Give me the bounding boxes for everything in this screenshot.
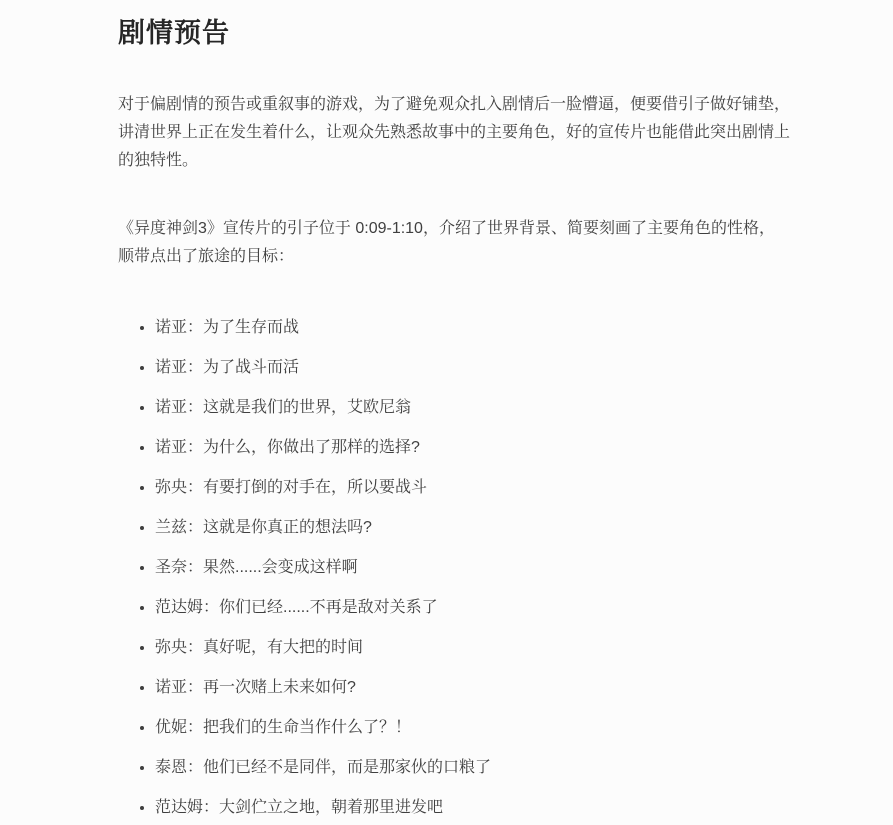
list-item: 圣奈：果然......会变成这样啊	[155, 553, 790, 582]
list-item: 优妮：把我们的生命当作什么了？！	[155, 713, 790, 742]
list-item: 弥央：有要打倒的对手在，所以要战斗	[155, 473, 790, 502]
page-title: 剧情预告	[118, 17, 790, 49]
list-item: 诺亚：这就是我们的世界，艾欧尼翁	[155, 393, 790, 422]
list-item: 范达姆：大剑伫立之地，朝着那里进发吧	[155, 793, 790, 822]
quote-list: 诺亚：为了生存而战 诺亚：为了战斗而活 诺亚：这就是我们的世界，艾欧尼翁 诺亚：…	[118, 313, 790, 822]
trailer-summary-paragraph: 《异度神剑3》宣传片的引子位于 0:09-1:10，介绍了世界背景、简要刻画了主…	[118, 215, 790, 271]
list-item: 弥央：真好呢，有大把的时间	[155, 633, 790, 662]
intro-paragraph: 对于偏剧情的预告或重叙事的游戏，为了避免观众扎入剧情后一脸懵逼，便要借引子做好铺…	[118, 91, 790, 175]
list-item: 诺亚：为了战斗而活	[155, 353, 790, 382]
list-item: 范达姆：你们已经......不再是敌对关系了	[155, 593, 790, 622]
list-item: 兰兹：这就是你真正的想法吗?	[155, 513, 790, 542]
list-item: 诺亚：再一次赌上未来如何?	[155, 673, 790, 702]
list-item: 泰恩：他们已经不是同伴，而是那家伙的口粮了	[155, 753, 790, 782]
list-item: 诺亚：为了生存而战	[155, 313, 790, 342]
list-item: 诺亚：为什么，你做出了那样的选择?	[155, 433, 790, 462]
article: 剧情预告 对于偏剧情的预告或重叙事的游戏，为了避免观众扎入剧情后一脸懵逼，便要借…	[0, 0, 893, 822]
